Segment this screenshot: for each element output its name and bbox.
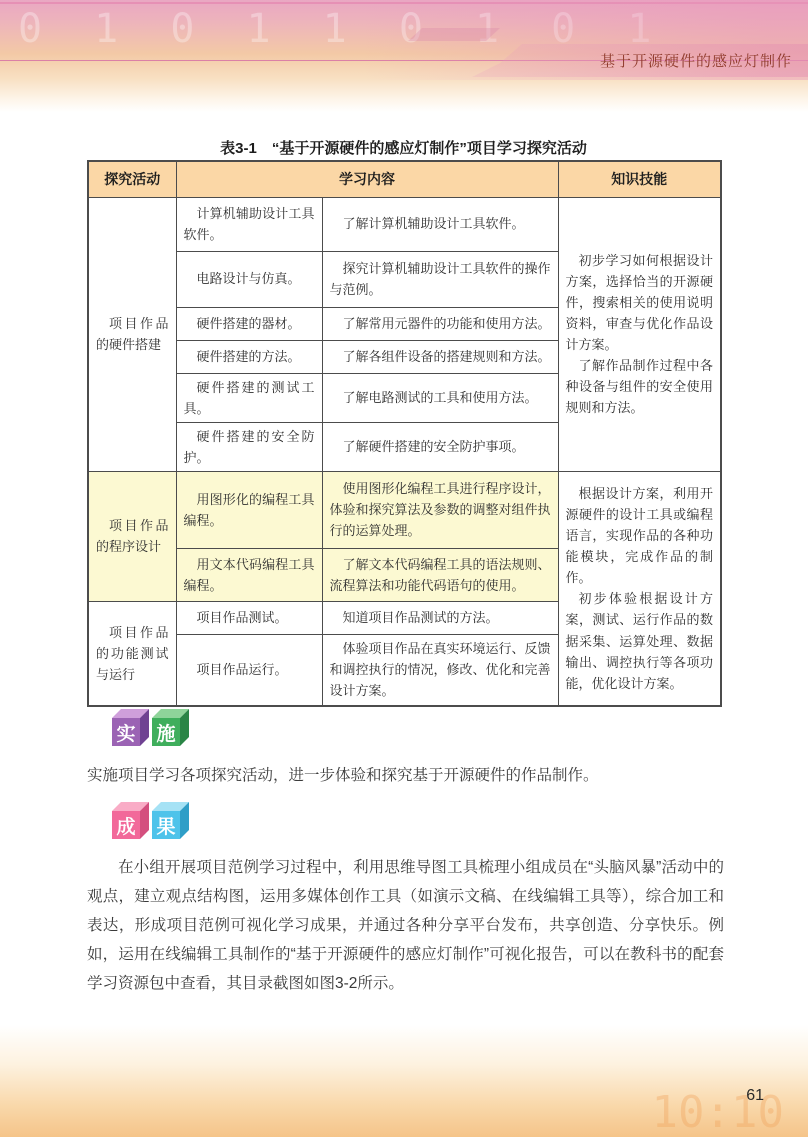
cell-topic: 用文本代码编程工具编程。 (176, 548, 322, 601)
col-header-skills: 知识技能 (558, 161, 721, 197)
cell-detail: 了解常用元器件的功能和使用方法。 (322, 307, 558, 340)
cell-topic: 硬件搭建的方法。 (176, 340, 322, 373)
badge-char: 实 (116, 722, 135, 745)
cell-detail: 了解硬件搭建的安全防护事项。 (322, 422, 558, 471)
cell-activity-programming: 项目作品的程序设计 (88, 471, 176, 601)
cube-icon: 果 (152, 802, 190, 844)
skills-paragraph: 初步体验根据设计方案，测试、运行作品的数据采集、运算处理、数据输出、调控执行等各… (566, 588, 714, 693)
cell-detail: 了解计算机辅助设计工具软件。 (322, 197, 558, 251)
cell-topic: 用图形化的编程工具编程。 (176, 471, 322, 548)
clock-digits-texture: 10:10 (652, 1093, 784, 1133)
cell-topic: 硬件搭建的器材。 (176, 307, 322, 340)
skills-paragraph: 了解作品制作过程中各种设备与组件的安全使用规则和方法。 (566, 355, 714, 418)
chapter-title: 基于开源硬件的感应灯制作 (600, 50, 792, 71)
cell-activity-hardware: 项目作品的硬件搭建 (88, 197, 176, 471)
cell-activity-testing: 项目作品的功能测试与运行 (88, 601, 176, 706)
cell-topic: 硬件搭建的测试工具。 (176, 373, 322, 422)
cell-detail: 了解文本代码编程工具的语法规则、流程算法和功能代码语句的使用。 (322, 548, 558, 601)
skills-paragraph: 根据设计方案，利用开源硬件的设计工具或编程语言，实现作品的各种功能模块，完成作品… (566, 483, 714, 588)
col-header-content: 学习内容 (176, 161, 558, 197)
implement-badge: 实 施 (112, 709, 190, 751)
cell-topic: 电路设计与仿真。 (176, 251, 322, 307)
page-number: 61 (746, 1087, 764, 1105)
cell-skills-hardware: 初步学习如何根据设计方案，选择恰当的开源硬件，搜索相关的使用说明资料，审查与优化… (558, 197, 721, 471)
cell-detail: 了解电路测试的工具和使用方法。 (322, 373, 558, 422)
cube-icon: 施 (152, 709, 190, 751)
result-badge: 成 果 (112, 802, 190, 844)
cell-detail: 探究计算机辅助设计工具软件的操作与范例。 (322, 251, 558, 307)
table-caption: 表3-1 “基于开源硬件的感应灯制作”项目学习探究活动 (87, 137, 720, 158)
cell-topic: 项目作品测试。 (176, 601, 322, 634)
title-band-chevron (408, 28, 500, 41)
study-activities-table: 探究活动 学习内容 知识技能 项目作品的硬件搭建 计算机辅助设计工具软件。 了解… (87, 160, 722, 707)
cell-detail: 使用图形化编程工具进行程序设计，体验和探究算法及参数的调整对组件执行的运算处理。 (322, 471, 558, 548)
badge-char: 成 (116, 815, 135, 838)
banner-top-line (0, 2, 808, 4)
cell-topic: 硬件搭建的安全防护。 (176, 422, 322, 471)
cube-icon: 实 (112, 709, 150, 751)
implement-paragraph: 实施项目学习各项探究活动，进一步体验和探究基于开源硬件的作品制作。 (87, 761, 724, 790)
cell-skills-programming: 根据设计方案，利用开源硬件的设计工具或编程语言，实现作品的各种功能模块，完成作品… (558, 471, 721, 706)
col-header-activity: 探究活动 (88, 161, 176, 197)
badge-char: 果 (156, 816, 175, 838)
cell-detail: 了解各组件设备的搭建规则和方法。 (322, 340, 558, 373)
cell-detail: 知道项目作品测试的方法。 (322, 601, 558, 634)
cell-topic: 计算机辅助设计工具软件。 (176, 197, 322, 251)
bottom-banner: 10:10 (0, 1025, 808, 1137)
cell-topic: 项目作品运行。 (176, 634, 322, 706)
badge-char: 施 (156, 722, 175, 745)
skills-paragraph: 初步学习如何根据设计方案，选择恰当的开源硬件，搜索相关的使用说明资料，审查与优化… (566, 250, 714, 355)
cell-detail: 体验项目作品在真实环境运行、反馈和调控执行的情况，修改、优化和完善设计方案。 (322, 634, 558, 706)
result-paragraph: 在小组开展项目范例学习过程中，利用思维导图工具梳理小组成员在“头脑风暴”活动中的… (87, 853, 724, 998)
cube-icon: 成 (112, 802, 150, 844)
